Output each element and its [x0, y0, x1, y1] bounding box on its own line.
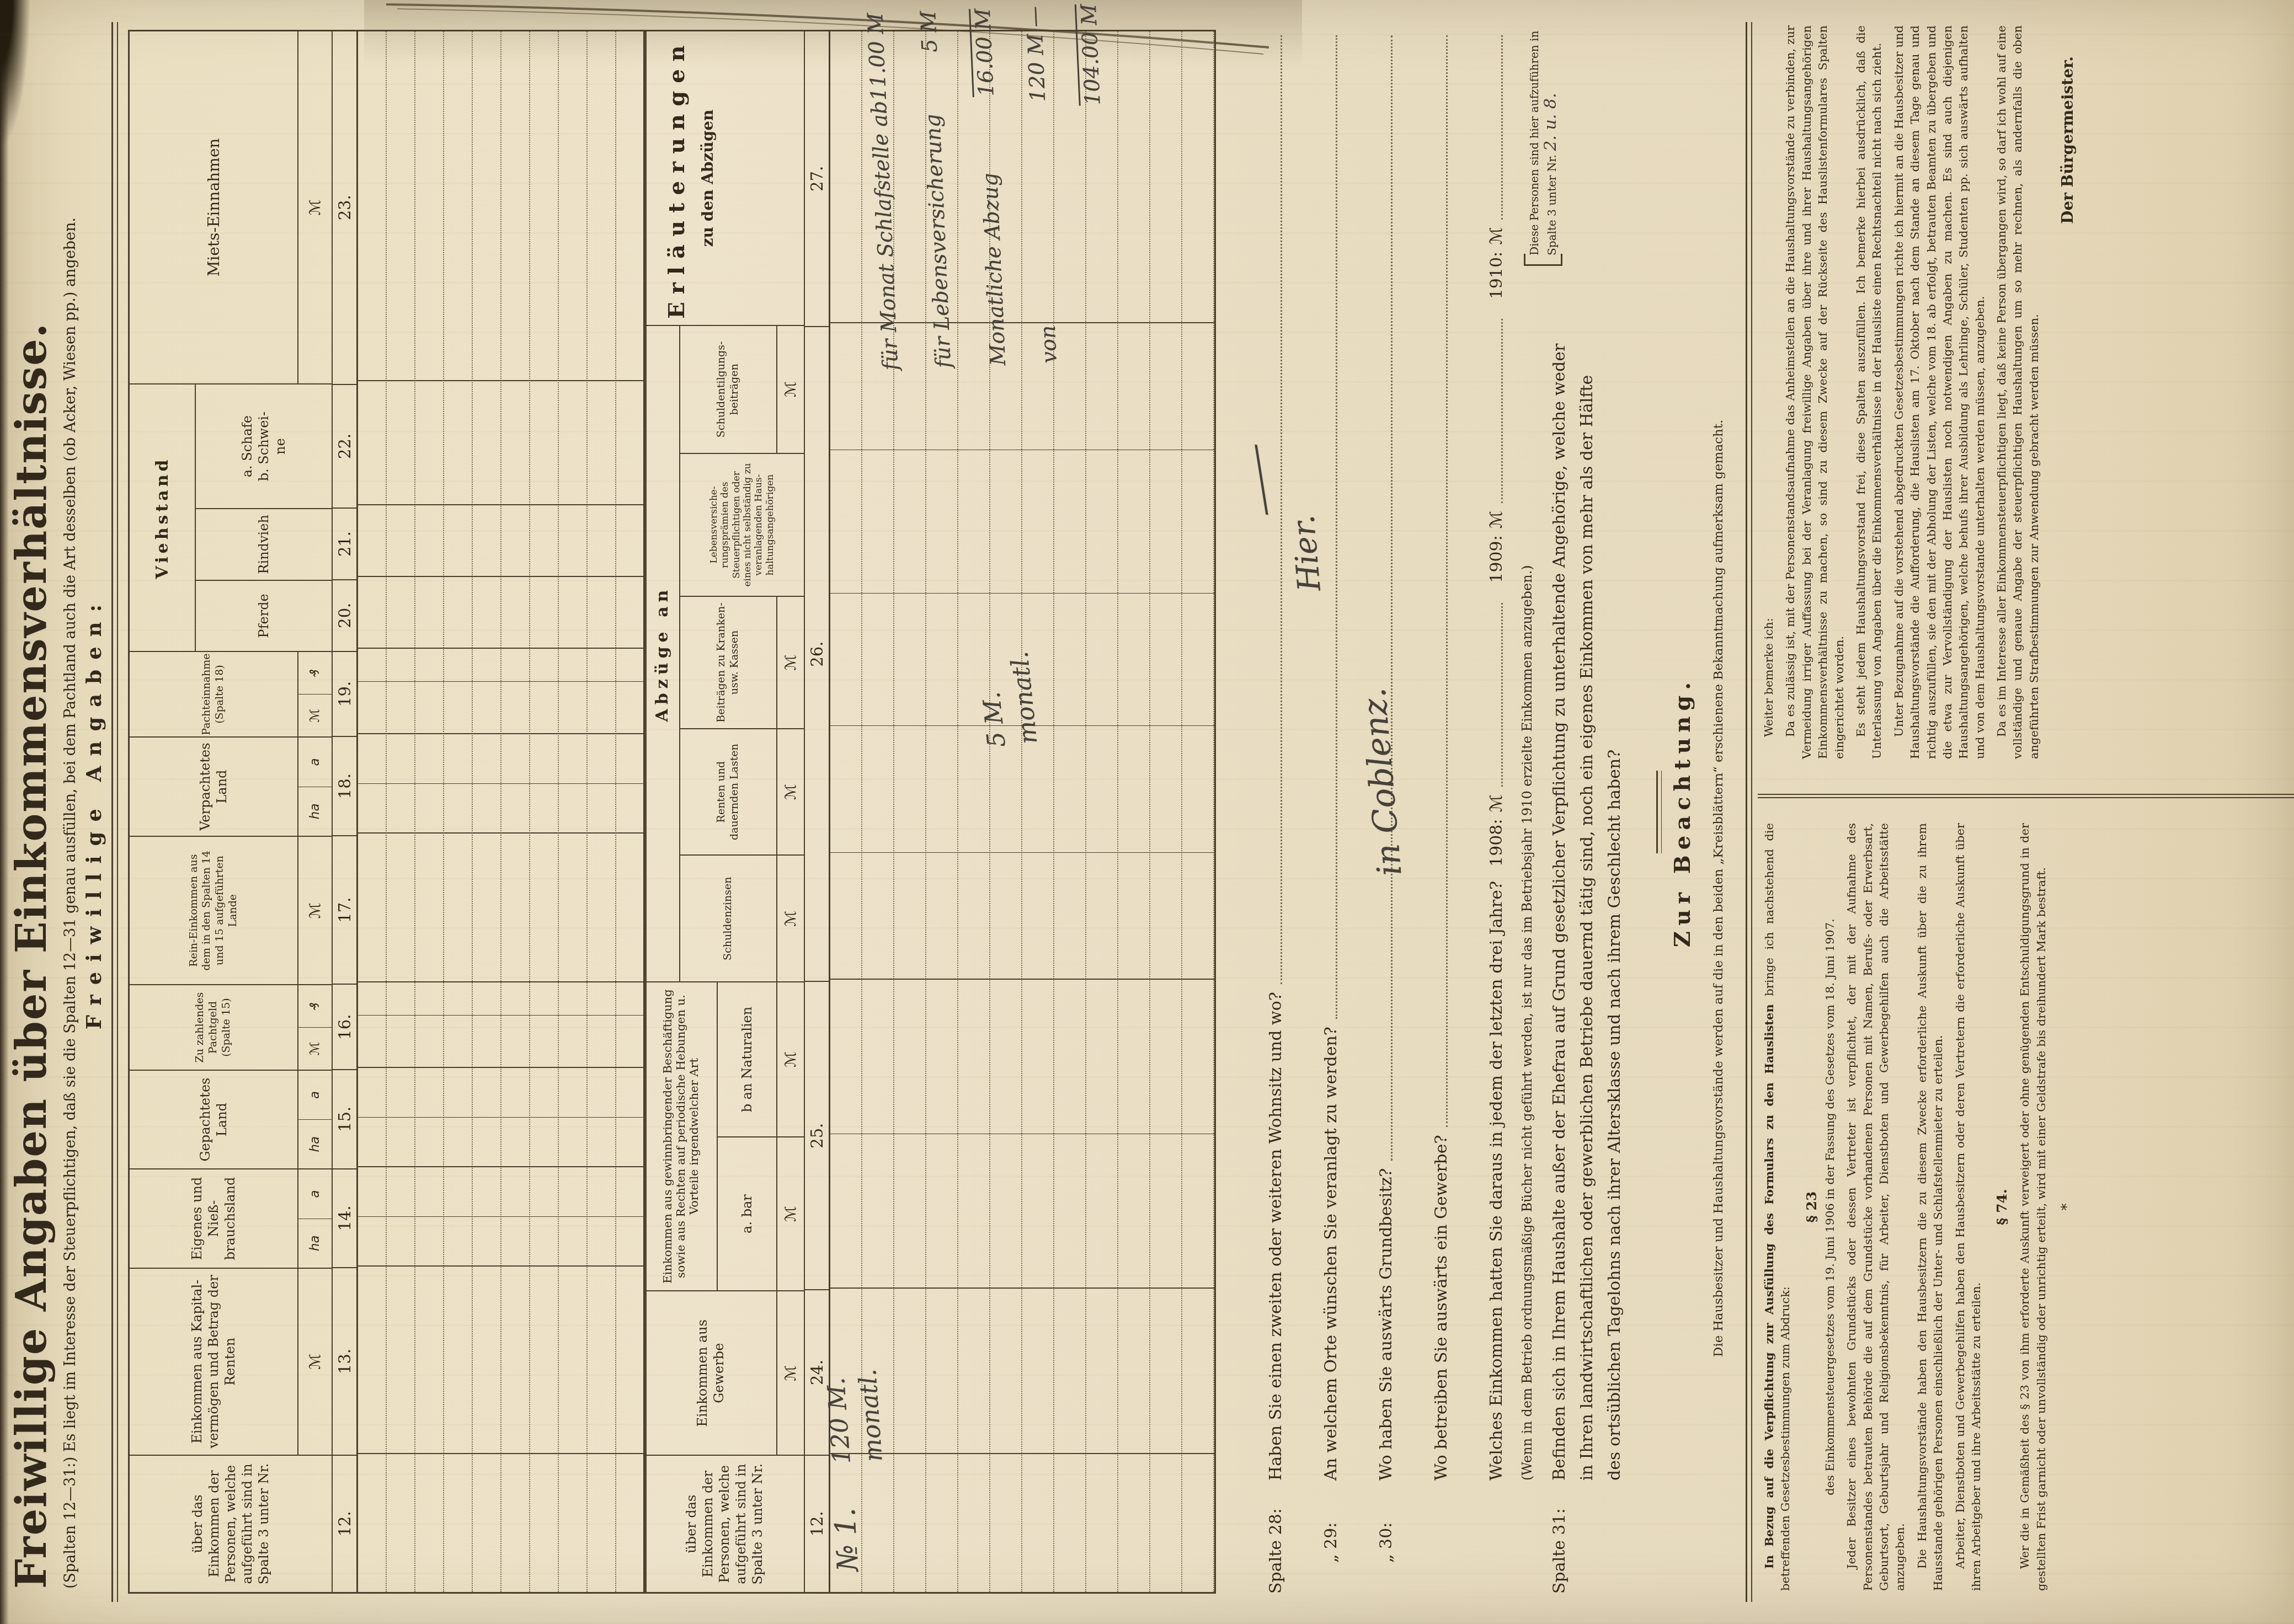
signature-buergermeister: Der Bürgermeister.: [2057, 25, 2078, 759]
right-paragraph-1: Da es zulässig ist, mit der Personenstan…: [1783, 25, 1848, 759]
col25b-header: b an Naturalien: [718, 982, 776, 1136]
page-subtitle: (Spalten 12—31:) Es liegt im Interesse d…: [62, 33, 79, 1589]
col-number: 20.: [333, 579, 356, 651]
form-page: Freiwillige Angaben über Einkommensverhä…: [0, 0, 2294, 1624]
beachtung-heading: Zur Beachtung.: [1669, 0, 1695, 1624]
col17-header: Rein-Einkommen aus dem in den Spalten 14…: [130, 837, 297, 984]
question-28-text: Haben Sie einen zweiten oder weiteren Wo…: [1266, 992, 1285, 1481]
legal-column-left: In Bezug auf die Verpflichtung zur Ausfü…: [1761, 823, 2077, 1591]
double-rule-top: [111, 22, 118, 1602]
col-number: 18.: [333, 736, 356, 835]
table-row: [559, 31, 588, 1592]
handwritten-deduction-calculation: für Monat Schlafstelle ab11.00 M für Leb…: [863, 2, 1143, 371]
col16-header: Zu zahlendes Pachtgeld (Spalte 15): [130, 985, 297, 1070]
answer-line-1908: [1501, 603, 1503, 787]
col-number: 22.: [333, 384, 356, 508]
hw-erl-line3-amount: 16.00 M: [969, 8, 999, 97]
table-row: [830, 31, 862, 1592]
paragraph-74-heading: § 74.: [1992, 823, 2012, 1591]
col25-group-header: Einkommen aus gewinnbringender Beschäfti…: [645, 982, 718, 1290]
question-30b-text: Wo betreiben Sie auswärts ein Gewerbe?: [1432, 1135, 1451, 1481]
col14-header: Eigenes und Nieß­brauchsland: [130, 1169, 297, 1267]
col25b-unit: ℳ: [782, 1051, 799, 1067]
questions-section: Spalte 28: Haben Sie einen zweiten oder …: [1236, 30, 1629, 1594]
col21-header: Rindvieh: [196, 509, 332, 579]
table-row: [415, 31, 444, 1592]
hw-erl-line1-amount: 11.00 M: [863, 12, 891, 101]
paragraph-23-heading: § 23: [1802, 823, 1821, 1591]
section-ornament: [1656, 771, 1662, 853]
col26b-unit: ℳ: [782, 784, 799, 800]
table-row: [387, 31, 415, 1592]
col27-header-line2: zu den Abzügen: [698, 31, 717, 325]
col26e-unit: ℳ: [782, 381, 799, 397]
left-lead-bold: In Bezug auf die Verpflichtung zur Ausfü…: [1762, 1004, 1776, 1569]
question-28-label: Spalte 28:: [1266, 1481, 1285, 1594]
table1-body: [358, 31, 645, 1592]
beachtung-intro: Die Hausbesitzer und Haushaltungsvorstän…: [1711, 44, 1726, 1589]
col-number: 16.: [333, 984, 356, 1069]
col15-unit-a: a: [298, 1071, 332, 1119]
col19-unit-m: ℳ: [298, 694, 332, 736]
column-divider: [1758, 794, 2294, 798]
answer-line: [1391, 35, 1393, 1161]
right-paragraph-2: Es steht jedem Haushaltungsvorstand frei…: [1853, 25, 1886, 759]
col26a-header: Schulden­zinsen: [680, 856, 776, 981]
col-number: 17.: [333, 835, 356, 984]
table2-number-row: 12. 24. 25. 26. 27.: [805, 31, 830, 1592]
right-lead: Weiter bemerke ich:: [1761, 25, 1777, 759]
handwritten-answer-29: Hier.: [1285, 514, 1328, 592]
scan-corner-shadow: [0, 0, 30, 143]
col23-header: Miets-Einnahmen: [130, 31, 297, 383]
question-29: „ 29: An welchem Orte wünschen Sie veran…: [1291, 30, 1346, 1594]
col-number: 15.: [333, 1069, 356, 1168]
col17-unit: ℳ: [307, 902, 324, 918]
col18-unit-ha: ha: [298, 787, 332, 836]
table-row: [358, 31, 387, 1592]
question-29-label: „ 29:: [1321, 1481, 1341, 1594]
col12-header: über das Einkommen der Personen, welche …: [130, 1456, 332, 1592]
col26c-unit: ℳ: [782, 655, 799, 671]
section-heading: Freiwillige Angaben:: [82, 0, 106, 1624]
viehstand-group-header: Viehstand: [130, 384, 196, 651]
col16-unit-m: ℳ: [298, 1027, 332, 1070]
col19-unit-pf: ₰: [298, 652, 332, 694]
table-row: [502, 31, 530, 1592]
table-income-columns-12-23: über das Einkommen der Personen, welche …: [128, 30, 647, 1594]
col-number: 21.: [333, 507, 356, 579]
col15-unit-ha: ha: [298, 1119, 332, 1168]
col-number: 19.: [333, 651, 356, 736]
right-paragraph-3: Unter Bezugnahme auf die vorstehend abge…: [1891, 25, 1988, 759]
hw-erl-line4-text: von: [1036, 325, 1061, 364]
side-note-line2: Spalte 3 unter Nr.: [1545, 154, 1559, 255]
document-scan: Freiwillige Angaben über Einkommensverhä…: [0, 0, 2294, 1624]
year-1909-label: 1909:: [1487, 535, 1506, 583]
table-row: [444, 31, 473, 1592]
col16-unit-pf: ₰: [298, 985, 332, 1027]
col-number: 23.: [333, 31, 356, 384]
col26d-header: Lebensversiche­rungsprämien des Steuerpf…: [680, 454, 804, 596]
year-1910-label: 1910:: [1487, 252, 1506, 299]
answer-line-1909: [1501, 319, 1503, 503]
question-29-text: An welchem Orte wünschen Sie veranlagt z…: [1321, 1027, 1341, 1481]
col14-unit-a: a: [298, 1169, 332, 1218]
abzuege-group-header: Abzüge an: [645, 326, 680, 981]
hw-erl-line2-amount: 5 M: [916, 10, 942, 53]
question-28: Spalte 28: Haben Sie einen zweiten oder …: [1236, 30, 1291, 1594]
handwritten-side-note-numbers: 2. u. 8.: [1541, 93, 1560, 151]
col18-unit-a: a: [298, 738, 332, 787]
answer-line-1910: [1501, 35, 1503, 220]
table-row: [588, 31, 616, 1592]
col-number: 12.: [333, 1455, 356, 1592]
col-number: 26.: [805, 326, 829, 981]
question-30b: Wo betreiben Sie auswärts ein Gewerbe?: [1401, 30, 1457, 1594]
col20-header: Pferde: [196, 581, 332, 651]
col13-header: Einkommen aus Kapital­vermögen und Betra…: [130, 1269, 297, 1455]
table-row: [473, 31, 502, 1592]
table-row: [530, 31, 559, 1592]
col23-unit: ℳ: [307, 200, 324, 216]
question-30c: Welches Einkommen hatten Sie daraus in j…: [1457, 30, 1512, 1594]
table-row: [1150, 31, 1182, 1592]
col26b-header: Renten und dauernden Lasten: [680, 729, 776, 855]
col-number: 14.: [333, 1168, 356, 1268]
col-number: 12.: [805, 1455, 829, 1592]
col26e-header: Schulden­tilgungs­beiträgen: [680, 326, 776, 453]
side-note-line1: Diese Personen sind hier aufzuführen in: [1528, 31, 1541, 255]
col24-unit: ℳ: [782, 1365, 799, 1381]
question-31-line2: in Ihren landwirtschaftlichen oder gewer…: [1573, 30, 1601, 1594]
hw-erl-line4-amount: 120 M —: [1022, 6, 1050, 102]
answer-line: [1336, 35, 1337, 1019]
col24-header: Einkommen aus Gewerbe: [645, 1291, 776, 1455]
col14-unit-ha: ha: [298, 1219, 332, 1268]
col22-header: a. Schafe b. Schwei- ne: [196, 384, 332, 508]
answer-line: [1446, 35, 1448, 1127]
col15-header: Gepachtetes Land: [130, 1071, 297, 1168]
legal-column-right: Weiter bemerke ich: Da es zulässig ist, …: [1761, 25, 2078, 759]
paragraph-23-text-2: Die Haushaltungsvorstände haben den Haus…: [1914, 823, 1947, 1591]
table-row: [1182, 31, 1214, 1592]
table-row: [616, 31, 645, 1592]
col-number: 25.: [805, 981, 829, 1289]
table2-header: über das Einkommen der Personen, welche …: [645, 31, 805, 1592]
right-paragraph-4: Da es im Interesse aller Einkommensteuer…: [1994, 25, 2042, 759]
col27-header-line1: Erläuterungen: [664, 31, 690, 325]
question-30-text: Wo haben Sie auswärts Grundbesitz?: [1377, 1168, 1396, 1481]
hw-erl-total-amount: 104.00 M: [1075, 3, 1105, 106]
page-title: Freiwillige Angaben über Einkommensverhä…: [7, 322, 56, 1589]
question-31-label: Spalte 31:: [1546, 1481, 1573, 1594]
handwritten-row-number: № 1.: [829, 1507, 865, 1572]
double-rule-bottom: [1746, 22, 1752, 1602]
question-31-line1: Befinden sich in Ihrem Haushalte außer d…: [1550, 344, 1569, 1481]
col25a-unit: ℳ: [782, 1206, 799, 1222]
table1-header: über das Einkommen der Personen, welche …: [130, 31, 333, 1592]
col19-header: Pachteinnahme (Spalte 18): [130, 652, 297, 736]
mark-symbol: ℳ: [1487, 511, 1506, 528]
mark-symbol: ℳ: [1487, 227, 1506, 245]
col-number: 27.: [805, 31, 829, 326]
year-1908-label: 1908:: [1487, 819, 1506, 866]
mark-symbol: ℳ: [1487, 794, 1506, 812]
col13-unit: ℳ: [307, 1354, 324, 1370]
footnote-star: *: [2057, 823, 2077, 1591]
col26c-header: Beiträgen zu Kranken- usw. Kassen: [680, 597, 776, 728]
table1-number-row: 12. 13. 14. 15. 16. 17. 18. 19. 20. 21. …: [333, 31, 358, 1592]
paragraph-23-text-3: Arbeiter, Dienstboten und Gewerbegehilfe…: [1952, 823, 1985, 1591]
col26a-unit: ℳ: [782, 911, 799, 927]
question-31-side-note: Diese Personen sind hier aufzuführen in …: [1524, 15, 1562, 266]
col18-header: Verpachtetes Land: [130, 738, 297, 836]
handwritten-kassen-contribution: 5 M. monatl.: [972, 650, 1045, 749]
question-30-label: „ 30:: [1377, 1481, 1396, 1594]
question-30c-text: Welches Einkommen hatten Sie daraus in j…: [1487, 881, 1506, 1481]
paragraph-74-text: Wer die in Gemäßheit des § 23 von ihm er…: [2017, 823, 2050, 1591]
paragraph-23-subheading: des Einkommensteuergesetzes vom 19. Juni…: [1822, 823, 1838, 1591]
col-number: 13.: [333, 1267, 356, 1454]
paragraph-23-text-1: Jeder Besitzer eines bewohnten Grundstüc…: [1844, 823, 1909, 1591]
handwritten-gewerbe-income: 120 M. monatl.: [820, 1368, 890, 1465]
question-31-line3: des ortsüblichen Tagelohns nach ihrer Al…: [1601, 30, 1629, 1594]
col12b-header: über das Einkommen der Personen, welche …: [645, 1456, 804, 1592]
col25a-header: a. bar: [718, 1137, 776, 1290]
